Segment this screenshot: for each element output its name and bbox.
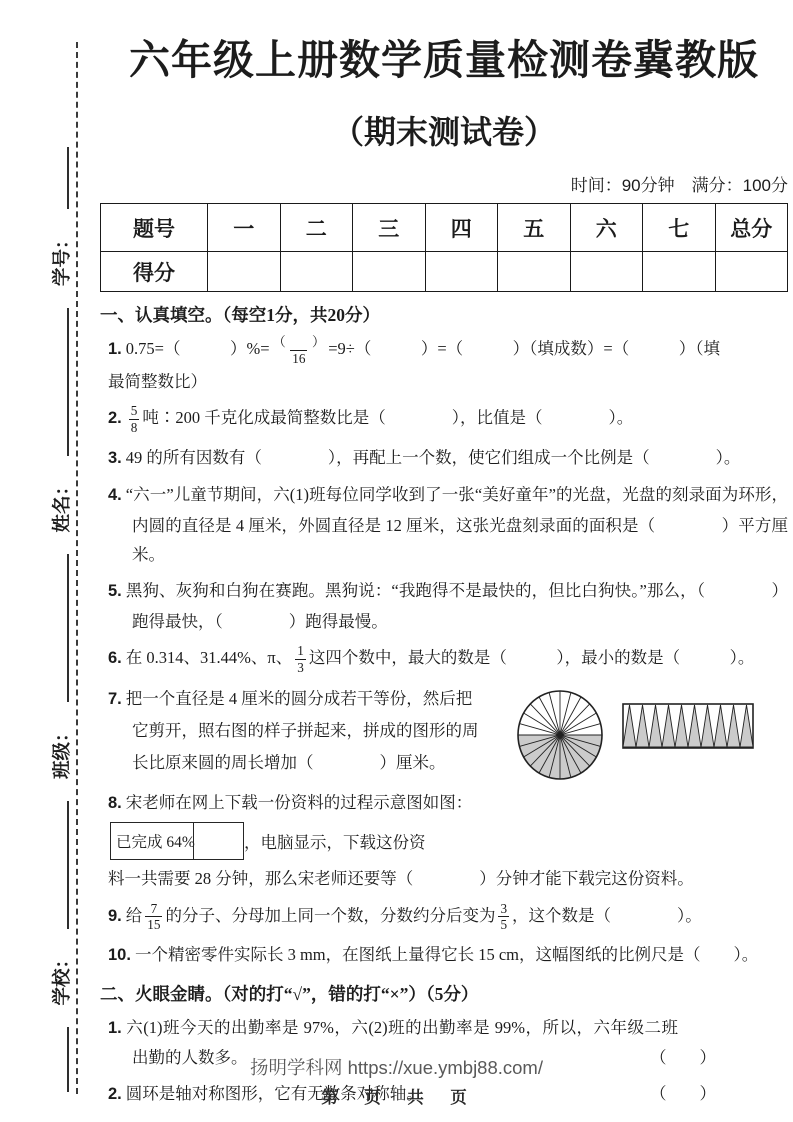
fraction-numerator: 3: [500, 901, 507, 917]
fraction-numerator: 5: [131, 403, 138, 419]
write-in-line: [65, 801, 69, 929]
question-line: 它剪开，照右图的样子拼起来，拼成的图形的周: [132, 715, 512, 747]
empty-score-cell: [353, 252, 426, 292]
question-number: 2.: [108, 409, 126, 427]
question-2: 2.58吨∶200 千克化成最简整数比是（ ），比值是（ ）。: [100, 403, 788, 436]
fraction-denominator: 5: [498, 916, 509, 933]
fraction: 715: [145, 901, 162, 934]
question-text: 这四个数中，最大的数是（ ），最小的数是（ ）。: [309, 648, 755, 667]
question-number: 1.: [108, 340, 126, 358]
question-number: 7.: [108, 690, 126, 708]
class-label: 班级：: [54, 724, 75, 780]
fraction-numerator: 7: [151, 901, 158, 917]
question-number: 3.: [108, 449, 126, 467]
page-number-line: 第 页 共 页: [0, 1084, 793, 1108]
paper-body: 六年级上册数学质量检测卷冀教版 （期末测试卷） 时间：90分钟 满分：100分 …: [100, 34, 788, 1117]
question-number: 4.: [108, 486, 126, 504]
fraction: 58: [129, 403, 140, 436]
question-line: 把一个直径是 4 厘米的圆分成若干等份，然后把: [126, 689, 473, 708]
question-text: ，电脑显示，下载这份资: [244, 829, 426, 853]
question-line: 长比原来圆的周长增加（ ）厘米。: [132, 747, 512, 779]
page-footer: 扬明学科网 https://xue.ymbj88.com/ 第 页 共 页: [0, 1054, 793, 1108]
score-table-header-row: 题号 一 二 三 四 五 六 七 总分: [101, 204, 788, 252]
section2-heading: 二、火眼金睛。（对的打“√”，错的打“×”）（5分）: [100, 981, 788, 1006]
fraction-denominator: 15: [145, 916, 162, 933]
empty-score-cell: [570, 252, 643, 292]
question-text: =9÷（ ）=（ ）（填成数）=（ ）（填: [328, 339, 720, 358]
question-text: ，这个数是（ ）。: [512, 906, 702, 925]
question-7: 7.把一个直径是 4 厘米的圆分成若干等份，然后把 它剪开，照右图的样子拼起来，…: [100, 683, 788, 781]
header-cell: 总分: [715, 204, 788, 252]
empty-score-cell: [280, 252, 353, 292]
name-label: 姓名：: [54, 477, 75, 533]
fraction-denominator: 16: [290, 350, 307, 367]
empty-score-cell: [498, 252, 571, 292]
question-text: 吨∶200 千克化成最简整数比是（ ），比值是（ ）。: [142, 408, 633, 427]
empty-score-cell: [208, 252, 281, 292]
student-number-label: 学号：: [54, 231, 75, 287]
question-1: 1.0.75=（ ）%=（ ）16=9÷（ ）=（ ）（填成数）=（ ）（填 最…: [100, 334, 788, 396]
question-3: 3.49 的所有因数有（ ），再配上一个数，使它们组成一个比例是（ ）。: [100, 443, 788, 473]
question-text: 给: [126, 906, 143, 925]
progress-label: 已完成 64%: [116, 830, 195, 852]
fraction-numerator: （ ）: [273, 334, 326, 350]
question-number: 8.: [108, 794, 126, 812]
header-cell: 三: [353, 204, 426, 252]
empty-score-cell: [425, 252, 498, 292]
fraction-numerator: 1: [297, 643, 304, 659]
question-number: 10.: [108, 946, 135, 964]
section1-heading: 一、认真填空。（每空1分，共20分）: [100, 302, 788, 327]
question-text: 7.把一个直径是 4 厘米的圆分成若干等份，然后把: [132, 683, 512, 715]
question-number: 9.: [108, 907, 126, 925]
question-text-block: 7.把一个直径是 4 厘米的圆分成若干等份，然后把 它剪开，照右图的样子拼起来，…: [100, 683, 512, 781]
header-cell: 题号: [101, 204, 208, 252]
question-text: 0.75=（ ）%=: [126, 339, 270, 358]
score-row-label: 得分: [101, 252, 208, 292]
question-number: 6.: [108, 649, 126, 667]
score-table-score-row: 得分: [101, 252, 788, 292]
header-cell: 二: [280, 204, 353, 252]
empty-score-cell: [643, 252, 716, 292]
download-progress-box: 已完成 64%: [110, 822, 244, 860]
fraction: 35: [498, 901, 509, 934]
write-in-line: [65, 554, 69, 702]
question-4: 4.“六一”儿童节期间，六(1)班每位同学收到了一张“美好童年”的光盘，光盘的刻…: [100, 480, 788, 569]
header-cell: 五: [498, 204, 571, 252]
question-number: 5.: [108, 582, 126, 600]
fraction-denominator: 8: [129, 419, 140, 436]
paper-subtitle: （期末测试卷）: [100, 107, 788, 153]
question-text: 在 0.314、31.44%、π、: [126, 648, 292, 667]
student-info-strip: 学校： 班级： 姓名： 学号：: [44, 147, 74, 1092]
fraction: （ ）16: [273, 334, 326, 367]
question-text: 黑狗、灰狗和白狗在赛跑。黑狗说：“我跑得不是最快的，但比白狗快。”那么，（ ）跑…: [126, 581, 788, 630]
fraction: 13: [295, 643, 306, 676]
empty-score-cell: [715, 252, 788, 292]
question-text: 的分子、分母加上同一个数，分数约分后变为: [165, 906, 495, 925]
question-text-block: 8.宋老师在网上下载一份资料的过程示意图如图：: [100, 788, 788, 818]
question-7-diagrams: [516, 683, 754, 781]
time-score-meta: 时间：90分钟 满分：100分: [100, 171, 788, 196]
test-paper-page: 学校： 班级： 姓名： 学号： 六年级上册数学质量检测卷冀教版 （期末测试卷） …: [0, 0, 793, 1122]
download-progress-row: 已完成 64% ，电脑显示，下载这份资: [110, 822, 788, 860]
question-5: 5.黑狗、灰狗和白狗在赛跑。黑狗说：“我跑得不是最快的，但比白狗快。”那么，（ …: [100, 576, 788, 636]
question-text: “六一”儿童节期间，六(1)班每位同学收到了一张“美好童年”的光盘，光盘的刻录面…: [126, 485, 788, 564]
question-9: 9.给715的分子、分母加上同一个数，分数约分后变为35，这个数是（ ）。: [100, 901, 788, 934]
question-10: 10.一个精密零件实际长 3 mm，在图纸上量得它长 15 cm，这幅图纸的比例…: [100, 940, 788, 970]
question-text: 料一共需要 28 分钟，那么宋老师还要等（ ）分钟才能下载完这份资料。: [108, 869, 694, 888]
fraction-denominator: 3: [295, 659, 306, 676]
question-text: 一个精密零件实际长 3 mm，在图纸上量得它长 15 cm，这幅图纸的比例尺是（…: [135, 945, 758, 964]
fold-dashed-line: [76, 42, 78, 1094]
header-cell: 六: [570, 204, 643, 252]
question-6: 6.在 0.314、31.44%、π、13这四个数中，最大的数是（ ），最小的数…: [100, 643, 788, 676]
question-text: 宋老师在网上下载一份资料的过程示意图如图：: [126, 793, 473, 812]
header-cell: 四: [425, 204, 498, 252]
header-cell: 七: [643, 204, 716, 252]
rearranged-strip-diagram: [622, 703, 754, 749]
question-text: 49 的所有因数有（ ），再配上一个数，使它们组成一个比例是（ ）。: [126, 448, 741, 467]
school-label: 学校：: [54, 950, 75, 1006]
write-in-line: [65, 147, 69, 209]
question-text: 最简整数比）: [132, 367, 788, 396]
write-in-line: [65, 308, 69, 456]
question-number: 1.: [108, 1019, 126, 1037]
header-cell: 一: [208, 204, 281, 252]
paper-title: 六年级上册数学质量检测卷冀教版: [100, 34, 788, 87]
circle-sectors-diagram: [516, 689, 604, 781]
score-table: 题号 一 二 三 四 五 六 七 总分 得分: [100, 203, 788, 292]
progress-divider: [193, 823, 194, 859]
question-8: 8.宋老师在网上下载一份资料的过程示意图如图： 已完成 64% ，电脑显示，下载…: [100, 788, 788, 894]
source-site-link: 扬明学科网 https://xue.ymbj88.com/: [0, 1054, 793, 1080]
question-text-block: 料一共需要 28 分钟，那么宋老师还要等（ ）分钟才能下载完这份资料。: [100, 864, 788, 893]
